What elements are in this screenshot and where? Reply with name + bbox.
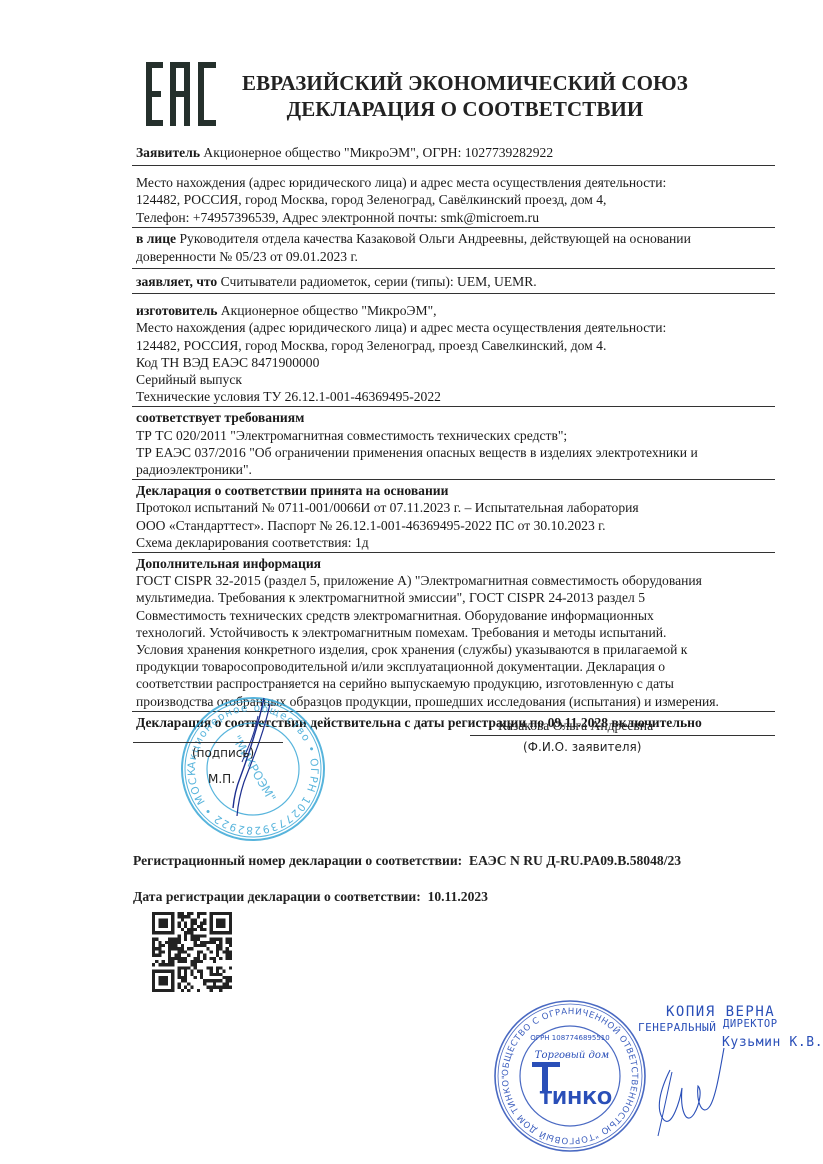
additional-info-line: мультимедиа. Требования к электромагнитн… <box>136 589 773 606</box>
production-type: Серийный выпуск <box>136 371 773 388</box>
additional-info-line: Совместимость технических средств электр… <box>136 607 773 624</box>
director-position-2: ДИРЕКТОР <box>723 1018 778 1030</box>
additional-info-line: ГОСТ CISPR 32-2015 (раздел 5, приложение… <box>136 572 773 589</box>
regulation-line: ТР ТС 020/2011 "Электромагнитная совмест… <box>136 427 773 444</box>
signer-name-caption: (Ф.И.О. заявителя) <box>523 740 641 754</box>
section-applicant-address: Место нахождения (адрес юридического лиц… <box>132 172 775 228</box>
qr-code-icon <box>152 912 232 992</box>
section-manufacturer: изготовитель Акционерное общество "Микро… <box>132 300 775 407</box>
director-name: Кузьмин К.В. <box>722 1035 823 1050</box>
technical-specs: Технические условия ТУ 26.12.1-001-46369… <box>136 388 773 405</box>
section-additional-info: Дополнительная информация ГОСТ CISPR 32-… <box>132 553 775 712</box>
registration-date-value: 10.11.2023 <box>428 889 488 904</box>
section-complies: соответствует требованиям ТР ТС 020/2011… <box>132 407 775 480</box>
director-signature <box>650 1040 730 1140</box>
section-represented-by: в лице Руководителя отдела качества Каза… <box>132 228 775 269</box>
represented-by-value: Руководителя отдела качества Казаковой О… <box>176 231 691 246</box>
svg-text:ТИНКО: ТИНКО <box>540 1088 612 1109</box>
signature-caption: (подпись) <box>192 746 254 760</box>
applicant-signature <box>220 696 290 826</box>
registration-date-label: Дата регистрации декларации о соответств… <box>133 889 421 904</box>
registration-number-label: Регистрационный номер декларации о соотв… <box>133 853 462 868</box>
complies-label: соответствует требованиям <box>136 409 773 426</box>
address-line: 124482, РОССИЯ, город Москва, город Зеле… <box>136 191 773 208</box>
declaration-body: Заявитель Акционерное общество "МикроЭМ"… <box>132 142 775 732</box>
product-description: Считыватели радиометок, серии (типы): UE… <box>217 274 537 289</box>
manufacturer-line: 124482, РОССИЯ, город Москва, город Зеле… <box>136 337 773 354</box>
declaration-scheme: Схема декларирования соответствия: 1д <box>136 534 773 551</box>
basis-line: ООО «Стандарттест». Паспорт № 26.12.1-00… <box>136 517 773 534</box>
basis-line: Протокол испытаний № 0711-001/0066И от 0… <box>136 499 773 516</box>
regulation-line: радиоэлектроники". <box>136 461 773 478</box>
additional-info-line: продукции товаросопроводительной и/или э… <box>136 658 773 675</box>
name-line <box>470 735 775 736</box>
additional-info-line: технологий. Устойчивость к электромагнит… <box>136 624 773 641</box>
registration-number: Регистрационный номер декларации о соотв… <box>133 853 681 869</box>
director-position-1: ГЕНЕРАЛЬНЫЙ <box>638 1021 716 1034</box>
represented-by-label: в лице <box>136 231 176 246</box>
additional-info-line: Условия хранения конкретного изделия, ср… <box>136 641 773 658</box>
title-union: ЕВРАЗИЙСКИЙ ЭКОНОМИЧЕСКИЙ СОЮЗ <box>230 70 700 96</box>
signature-icon <box>650 1040 730 1140</box>
company-seal-tinko: ОБЩЕСТВО С ОГРАНИЧЕННОЙ ОТВЕТСТВЕННОСТЬЮ… <box>492 998 648 1154</box>
regulation-line: ТР ЕАЭС 037/2016 "Об ограничении примене… <box>136 444 773 461</box>
contact-line: Телефон: +74957396539, Адрес электронной… <box>136 209 773 226</box>
manufacturer-label: изготовитель <box>136 303 217 318</box>
svg-text:ОГРН 1087746895510: ОГРН 1087746895510 <box>530 1034 609 1042</box>
seal-icon: ОБЩЕСТВО С ОГРАНИЧЕННОЙ ОТВЕТСТВЕННОСТЬЮ… <box>492 998 648 1154</box>
applicant-value: Акционерное общество "МикроЭМ", ОГРН: 10… <box>200 145 553 160</box>
document-title: ЕВРАЗИЙСКИЙ ЭКОНОМИЧЕСКИЙ СОЮЗ ДЕКЛАРАЦИ… <box>230 70 700 122</box>
section-basis: Декларация о соответствии принята на осн… <box>132 480 775 553</box>
signer-name: Казакова Ольга Андреевна <box>498 718 653 734</box>
additional-info-label: Дополнительная информация <box>136 555 773 572</box>
manufacturer-value: Акционерное общество "МикроЭМ", <box>217 303 436 318</box>
declares-label: заявляет, что <box>136 274 217 289</box>
section-applicant: Заявитель Акционерное общество "МикроЭМ"… <box>132 142 775 166</box>
svg-text:Торговый дом: Торговый дом <box>535 1050 609 1061</box>
power-of-attorney: доверенности № 05/23 от 09.01.2023 г. <box>136 248 773 267</box>
eac-logo <box>146 62 218 126</box>
registration-date: Дата регистрации декларации о соответств… <box>133 889 488 905</box>
section-declares: заявляет, что Считыватели радиометок, се… <box>132 269 775 294</box>
address-line: Место нахождения (адрес юридического лиц… <box>136 174 773 191</box>
additional-info-line: соответствии распространяется на серийно… <box>136 675 773 692</box>
hs-code: Код ТН ВЭД ЕАЭС 8471900000 <box>136 354 773 371</box>
title-declaration: ДЕКЛАРАЦИЯ О СООТВЕТСТВИИ <box>230 96 700 122</box>
qr-code[interactable] <box>152 912 232 992</box>
eac-logo-icon <box>146 62 218 126</box>
registration-number-value: ЕАЭС N RU Д-RU.PA09.B.58048/23 <box>469 853 681 868</box>
signature-line <box>133 742 283 743</box>
manufacturer-line: Место нахождения (адрес юридического лиц… <box>136 319 773 336</box>
basis-label: Декларация о соответствии принята на осн… <box>136 482 773 499</box>
seal-place-caption: М.П. <box>208 772 235 786</box>
applicant-label: Заявитель <box>136 145 200 160</box>
